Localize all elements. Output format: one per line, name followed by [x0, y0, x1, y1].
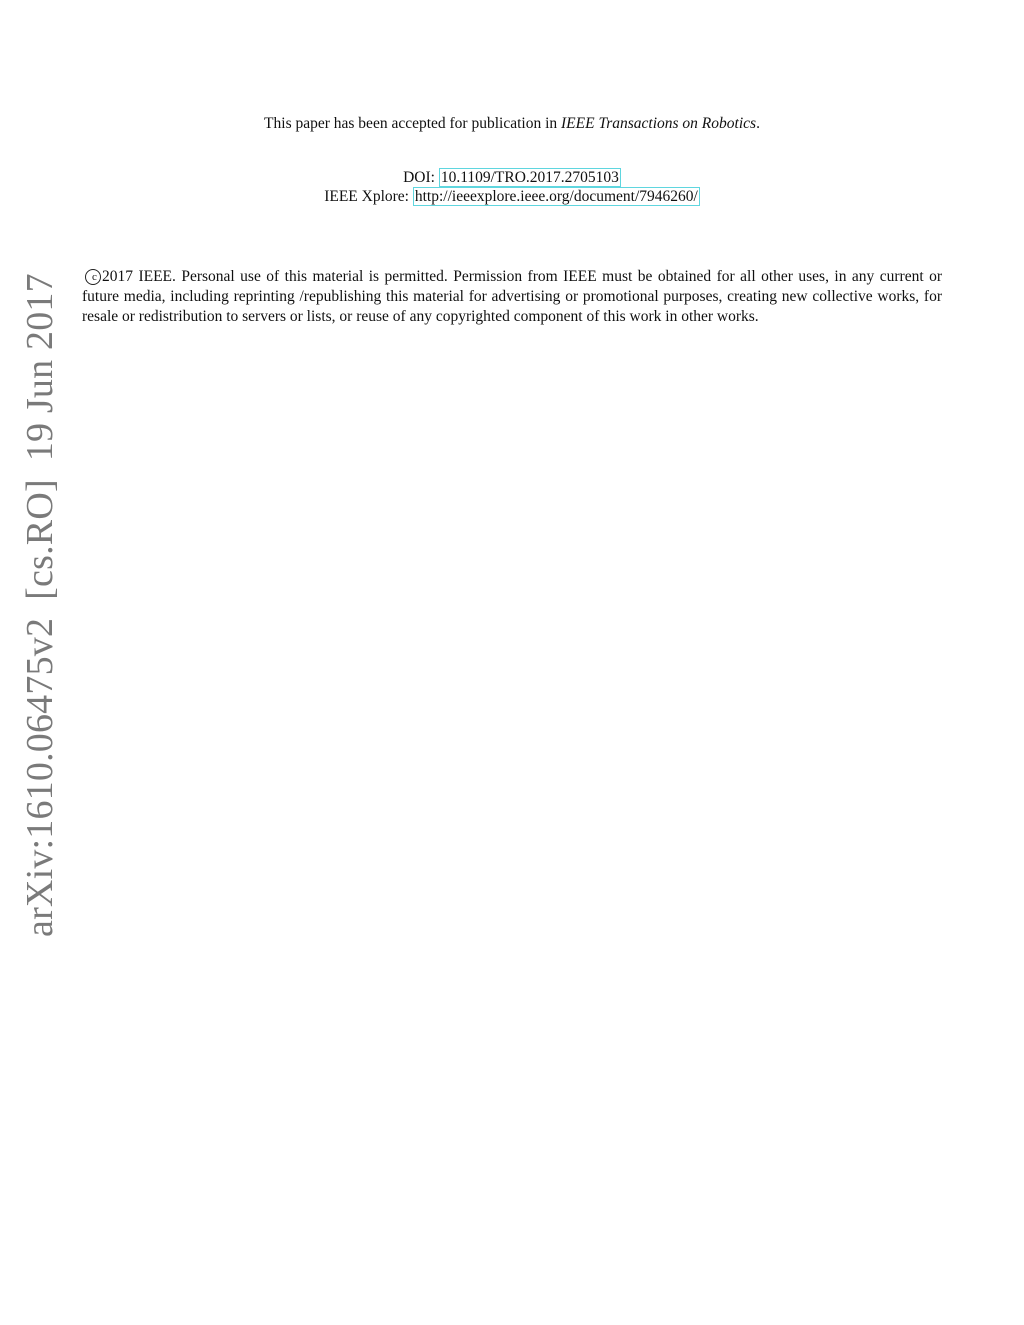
- journal-name: IEEE Transactions on Robotics: [561, 115, 756, 132]
- xplore-label: IEEE Xplore:: [324, 188, 413, 205]
- copyright-notice: c2017 IEEE. Personal use of this materia…: [82, 267, 942, 327]
- doi-label: DOI:: [403, 169, 439, 186]
- copyright-icon: c: [85, 269, 101, 285]
- xplore-line: IEEE Xplore: http://ieeexplore.ieee.org/…: [0, 188, 1024, 206]
- arxiv-date: 19 Jun 2017: [19, 273, 61, 461]
- copyright-text: 2017 IEEE. Personal use of this material…: [82, 268, 942, 325]
- notice-suffix: .: [756, 115, 760, 132]
- xplore-link[interactable]: http://ieeexplore.ieee.org/document/7946…: [413, 187, 700, 206]
- notice-prefix: This paper has been accepted for publica…: [264, 115, 561, 132]
- publication-notice: This paper has been accepted for publica…: [0, 115, 1024, 133]
- arxiv-stamp: arXiv:1610.06475v2[cs.RO]19 Jun 2017: [18, 255, 62, 937]
- doi-line: DOI: 10.1109/TRO.2017.2705103: [0, 169, 1024, 187]
- arxiv-id: arXiv:1610.06475v2: [19, 618, 61, 937]
- doi-link[interactable]: 10.1109/TRO.2017.2705103: [439, 168, 621, 187]
- arxiv-category: [cs.RO]: [19, 479, 61, 600]
